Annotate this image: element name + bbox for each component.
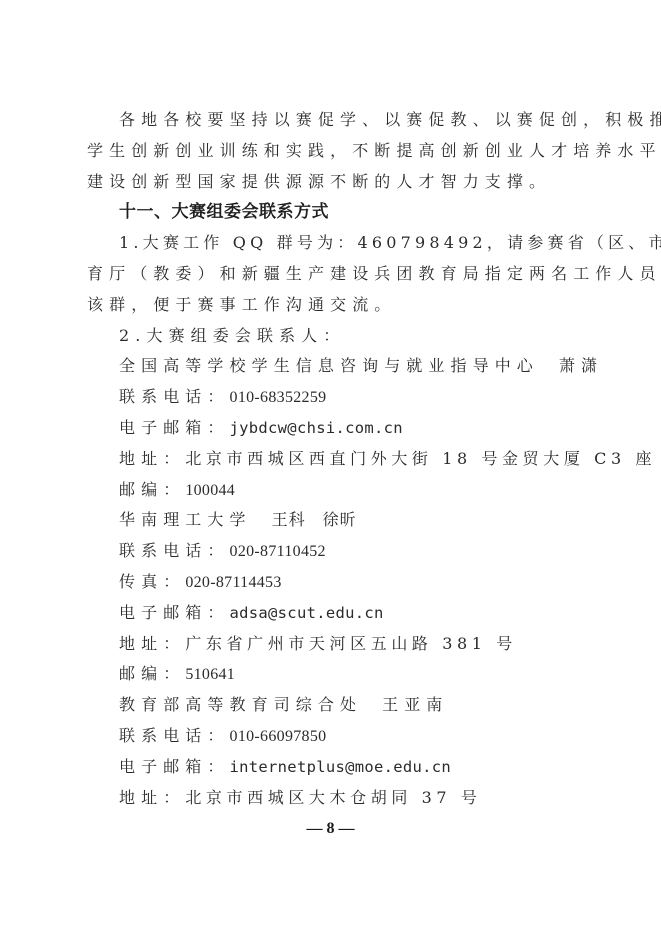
contact-2-postcode: 510641	[185, 666, 235, 683]
document-page: 各地各校要坚持以赛促学、以赛促教、以赛促创，积极推进 学生创新创业训练和实践，不…	[0, 0, 661, 935]
contact-1-phone: 010-68352259	[230, 389, 327, 406]
contact-3-phone-line: 联系电话：010-66097850	[87, 721, 579, 752]
contact-1-email[interactable]: jybdcw@chsi.com.cn	[230, 419, 403, 437]
item1-line-3: 该群，便于赛事工作沟通交流。	[87, 290, 579, 321]
contact-2-address-line: 地址：广东省广州市天河区五山路 381 号	[87, 629, 579, 660]
contact-1-postcode-line: 邮编：100044	[87, 475, 579, 506]
contact-2-phone: 020-87110452	[230, 543, 326, 560]
contact-2-org-line: 华南理工大学王科 徐昕	[87, 505, 579, 536]
contact-2-address: 广东省广州市天河区五山路 381 号	[185, 634, 517, 653]
contact-1-phone-line: 联系电话：010-68352259	[87, 382, 579, 413]
item1-line-2: 育厅（教委）和新疆生产建设兵团教育局指定两名工作人员加入	[87, 259, 579, 290]
item2-label: 2.大赛组委会联系人：	[87, 321, 579, 352]
contact-2-organization: 华南理工大学	[119, 510, 252, 529]
contact-1-postcode-label: 邮编：	[119, 480, 185, 499]
contact-1-address-label: 地址：	[119, 449, 185, 468]
contact-3-phone-label: 联系电话：	[119, 726, 230, 745]
contact-1-people: 萧潇	[559, 356, 603, 375]
contact-3-address-label: 地址：	[119, 788, 185, 807]
contact-3-email[interactable]: internetplus@moe.edu.cn	[230, 758, 452, 776]
contact-3-organization: 教育部高等教育司综合处	[119, 695, 362, 714]
contact-3-org-line: 教育部高等教育司综合处王亚南	[87, 690, 579, 721]
contact-1-postcode: 100044	[185, 482, 235, 499]
contact-3-people: 王亚南	[382, 695, 448, 714]
contact-1-email-label: 电子邮箱：	[119, 418, 230, 437]
document-body: 各地各校要坚持以赛促学、以赛促教、以赛促创，积极推进 学生创新创业训练和实践，不…	[87, 105, 579, 813]
contact-2-address-label: 地址：	[119, 634, 185, 653]
page-number: — 8 —	[0, 820, 661, 838]
contact-1-address-line: 地址：北京市西城区西直门外大街 18 号金贸大厦 C3 座	[87, 444, 579, 475]
contact-3-phone: 010-66097850	[230, 728, 327, 745]
contact-1-address: 北京市西城区西直门外大街 18 号金贸大厦 C3 座	[185, 449, 656, 468]
contact-2-phone-label: 联系电话：	[119, 541, 230, 560]
intro-line-1: 各地各校要坚持以赛促学、以赛促教、以赛促创，积极推进	[87, 105, 579, 136]
contact-2-fax-label: 传真：	[119, 572, 185, 591]
item1-line-1: 1.大赛工作 QQ 群号为：460798492，请参赛省（区、市）教	[87, 228, 579, 259]
intro-line-2: 学生创新创业训练和实践，不断提高创新创业人才培养水平，为	[87, 136, 579, 167]
intro-line-3: 建设创新型国家提供源源不断的人才智力支撑。	[87, 167, 579, 198]
contact-2-postcode-label: 邮编：	[119, 664, 185, 683]
contact-2-email[interactable]: adsa@scut.edu.cn	[230, 604, 384, 622]
contact-2-email-label: 电子邮箱：	[119, 603, 230, 622]
contact-3-email-line: 电子邮箱：internetplus@moe.edu.cn	[87, 752, 579, 783]
contact-2-people: 王科 徐昕	[272, 510, 357, 529]
contact-2-postcode-line: 邮编：510641	[87, 659, 579, 690]
contact-2-fax-line: 传真：020-87114453	[87, 567, 579, 598]
contact-3-address-line: 地址：北京市西城区大木仓胡同 37 号	[87, 783, 579, 814]
contact-1-organization: 全国高等学校学生信息咨询与就业指导中心	[119, 356, 539, 375]
section-heading: 十一、大赛组委会联系方式	[87, 197, 579, 228]
contact-2-phone-line: 联系电话：020-87110452	[87, 536, 579, 567]
contact-3-email-label: 电子邮箱：	[119, 757, 230, 776]
contact-3-address: 北京市西城区大木仓胡同 37 号	[185, 788, 481, 807]
contact-1-org-line: 全国高等学校学生信息咨询与就业指导中心萧潇	[87, 351, 579, 382]
contact-1-phone-label: 联系电话：	[119, 387, 230, 406]
contact-1-email-line: 电子邮箱：jybdcw@chsi.com.cn	[87, 413, 579, 444]
contact-2-fax: 020-87114453	[185, 574, 281, 591]
contact-2-email-line: 电子邮箱：adsa@scut.edu.cn	[87, 598, 579, 629]
